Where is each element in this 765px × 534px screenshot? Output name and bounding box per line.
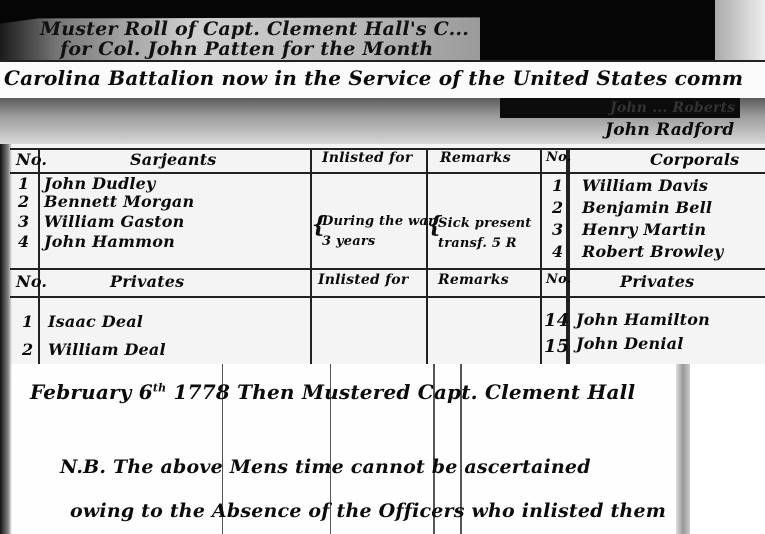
header-remarks-2: Remarks xyxy=(438,272,509,288)
corporal-name: Robert Browley xyxy=(582,242,723,261)
sarjeant-name: Bennett Morgan xyxy=(44,192,194,211)
remarks-value: Sick present xyxy=(438,216,531,231)
header-enlisted-for-2: Inlisted for xyxy=(318,272,408,288)
private-no: 15 xyxy=(544,336,569,357)
date-sup: th xyxy=(153,381,166,394)
sarjeant-name: John Hammon xyxy=(44,232,175,251)
sarjeant-name: John Dudley xyxy=(44,174,156,193)
header-no-privates: No. xyxy=(16,272,47,291)
sarjeant-no: 4 xyxy=(18,232,29,251)
col-divider-enlisted xyxy=(426,148,428,364)
corporal-name: William Davis xyxy=(582,176,708,195)
private-no: 1 xyxy=(22,312,33,331)
title-line-3: Carolina Battalion now in the Service of… xyxy=(4,66,743,90)
signature: John Radford xyxy=(605,120,734,140)
corporal-name: Benjamin Bell xyxy=(582,198,712,217)
sarjeant-no: 2 xyxy=(18,192,29,211)
title-line-2: for Col. John Patten for the Month xyxy=(60,38,433,60)
col-divider-remarks xyxy=(540,148,542,364)
blank-margin xyxy=(690,364,765,534)
corporal-no: 2 xyxy=(552,198,563,217)
private-name: Isaac Deal xyxy=(48,312,143,331)
muster-date-line: February 6th 1778 Then Mustered Capt. Cl… xyxy=(30,380,635,404)
date-rest: 1778 Then Mustered Capt. Clement Hall xyxy=(174,380,636,404)
table-rule-mid xyxy=(10,268,765,270)
header-enlisted-for: Inlisted for xyxy=(322,150,412,166)
private-name: John Hamilton xyxy=(576,310,710,329)
corporal-no: 1 xyxy=(552,176,563,195)
header-privates-right: Privates xyxy=(620,272,694,291)
remarks-value: transf. 5 R xyxy=(438,236,517,251)
header-corporals: Corporals xyxy=(650,150,739,169)
nb-note-line-1: N.B. The above Mens time cannot be ascer… xyxy=(60,456,591,478)
col-divider-name xyxy=(310,148,312,364)
nb-note-line-2: owing to the Absence of the Officers who… xyxy=(70,500,666,522)
corporal-no: 4 xyxy=(552,242,563,261)
header-privates: Privates xyxy=(110,272,184,291)
header-paper-right-fragment xyxy=(715,0,765,60)
date-prefix: February 6 xyxy=(30,380,153,404)
enlisted-for-value: 3 years xyxy=(322,234,375,249)
signature-top: John ... Roberts xyxy=(610,100,735,116)
sarjeant-name: William Gaston xyxy=(44,212,184,231)
private-no: 14 xyxy=(544,310,569,331)
header-no-right-2: No. xyxy=(546,272,571,287)
private-name: William Deal xyxy=(48,340,166,359)
header-no: No. xyxy=(16,150,47,169)
header-no-right: No. xyxy=(546,150,571,165)
table-rule-header2 xyxy=(10,296,765,298)
header-remarks: Remarks xyxy=(440,150,511,166)
private-name: John Denial xyxy=(576,334,684,353)
corporal-no: 3 xyxy=(552,220,563,239)
left-page-edge xyxy=(0,144,12,534)
header-sarjeants: Sarjeants xyxy=(130,150,217,169)
sarjeant-no: 1 xyxy=(18,174,29,193)
col-divider-no xyxy=(38,148,40,364)
title-line-1: Muster Roll of Capt. Clement Hall's C... xyxy=(40,18,469,40)
col-divider-no-right-2 xyxy=(568,148,570,364)
enlisted-for-value: During the war xyxy=(322,214,435,229)
private-no: 2 xyxy=(22,340,33,359)
corporal-name: Henry Martin xyxy=(582,220,706,239)
sarjeant-no: 3 xyxy=(18,212,29,231)
